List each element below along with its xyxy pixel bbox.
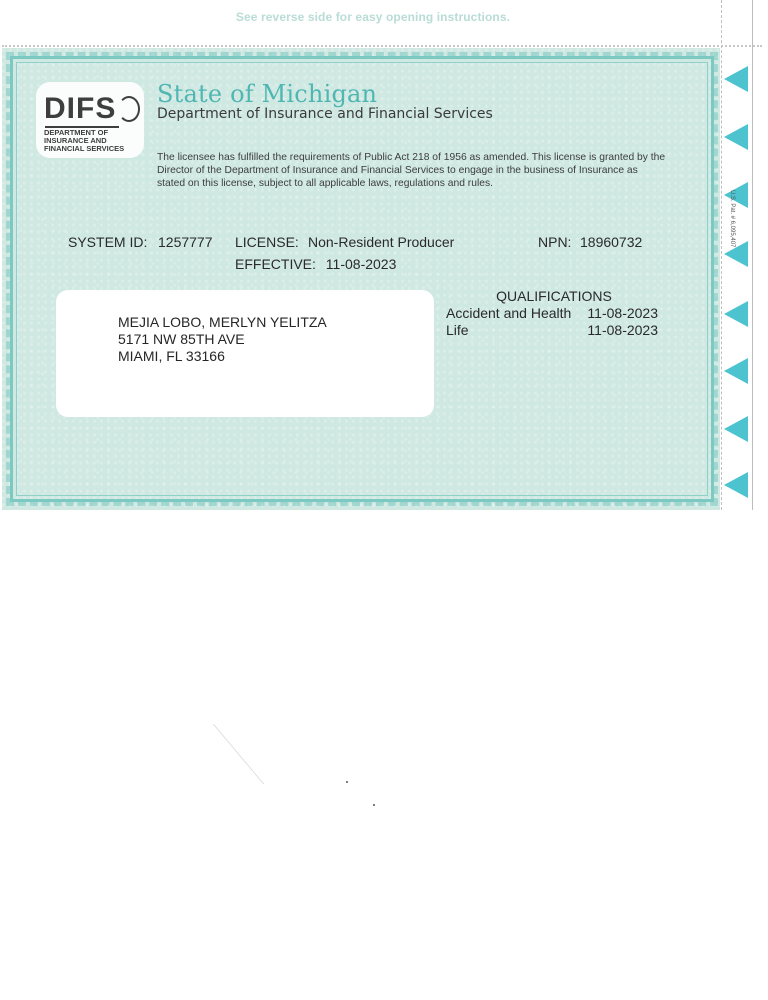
- qualification-name: Accident and Health: [446, 305, 571, 322]
- tear-arrow-icon[interactable]: [724, 416, 748, 442]
- qualifications-section: QUALIFICATIONS Accident and Health 11-08…: [446, 288, 658, 339]
- tear-tabs: [722, 60, 752, 500]
- opening-instructions-note: See reverse side for easy opening instru…: [0, 10, 746, 24]
- agency-title: State of Michigan: [157, 80, 377, 108]
- effective-label: EFFECTIVE:: [235, 256, 316, 272]
- logo-wordmark: DIFS: [44, 94, 116, 124]
- perforation-line-top: [2, 45, 762, 47]
- tear-arrow-icon[interactable]: [724, 124, 748, 150]
- legal-statement: The licensee has fulfilled the requireme…: [157, 151, 667, 190]
- license-type-value: Non-Resident Producer: [308, 234, 454, 250]
- npn-label: NPN:: [538, 234, 571, 250]
- effective-date-value: 11-08-2023: [326, 256, 397, 272]
- tear-arrow-icon[interactable]: [724, 241, 748, 267]
- tear-arrow-icon[interactable]: [724, 301, 748, 327]
- qualification-date: 11-08-2023: [587, 322, 658, 339]
- qualification-row: Accident and Health 11-08-2023: [446, 305, 658, 322]
- address-city-state-zip: MIAMI, FL 33166: [118, 348, 327, 365]
- difs-logo: DIFS DEPARTMENT OF INSURANCE AND FINANCI…: [36, 82, 144, 158]
- tear-arrow-icon[interactable]: [724, 358, 748, 384]
- qualification-name: Life: [446, 322, 469, 339]
- qualification-date: 11-08-2023: [587, 305, 658, 322]
- patent-notice: U.S. Pat. # 6,095,407: [729, 190, 735, 247]
- michigan-swirl-icon: [118, 96, 140, 122]
- scan-speck: [346, 781, 348, 783]
- qualifications-title: QUALIFICATIONS: [446, 288, 658, 305]
- tear-arrow-icon[interactable]: [724, 182, 748, 208]
- tear-arrow-icon[interactable]: [724, 472, 748, 498]
- address-street: 5171 NW 85TH AVE: [118, 331, 327, 348]
- npn-value: 18960732: [580, 234, 642, 250]
- scan-speck: [373, 804, 375, 806]
- license-label: LICENSE:: [235, 234, 299, 250]
- mailing-address: MEJIA LOBO, MERLYN YELITZA 5171 NW 85TH …: [118, 314, 327, 365]
- agency-subtitle: Department of Insurance and Financial Se…: [157, 106, 493, 122]
- address-window: MEJIA LOBO, MERLYN YELITZA 5171 NW 85TH …: [56, 290, 434, 417]
- licensee-name: MEJIA LOBO, MERLYN YELITZA: [118, 314, 327, 331]
- system-id-value: 1257777: [158, 234, 213, 250]
- tear-arrow-icon[interactable]: [724, 66, 748, 92]
- system-id-label: SYSTEM ID:: [68, 234, 147, 250]
- scan-mark: [213, 724, 304, 784]
- license-card: DIFS DEPARTMENT OF INSURANCE AND FINANCI…: [2, 48, 720, 510]
- paper-edge: [752, 0, 753, 510]
- effective-date-row: EFFECTIVE: 11-08-2023: [235, 256, 396, 272]
- logo-subtitle: DEPARTMENT OF INSURANCE AND FINANCIAL SE…: [44, 129, 124, 153]
- qualification-row: Life 11-08-2023: [446, 322, 658, 339]
